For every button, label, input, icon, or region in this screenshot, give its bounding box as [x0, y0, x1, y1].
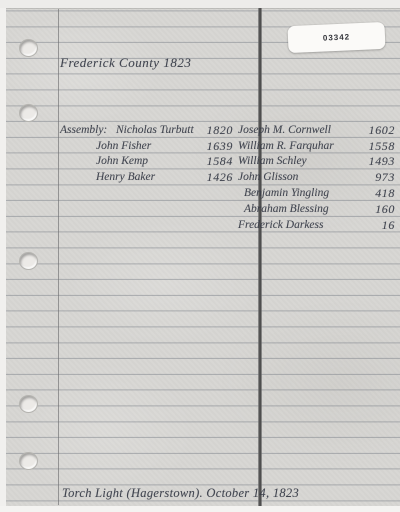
ledger-row: Assembly: Nicholas Turbutt 1820 Joseph M… [58, 123, 400, 139]
scanner-edge-bottom [0, 506, 400, 512]
candidate-name: John Fisher [96, 139, 151, 154]
catalog-sticker: 03342 [287, 22, 385, 53]
punch-hole [19, 452, 38, 470]
ledger-row: Benjamin Yingling 418 [58, 186, 400, 202]
candidate-name: John Kemp [96, 154, 148, 169]
scanner-edge-left [0, 0, 6, 512]
source-citation: Torch Light (Hagerstown). October 14, 18… [62, 486, 299, 501]
vote-total: 160 [345, 202, 395, 217]
candidate-name: William Schley [238, 154, 307, 169]
vote-total: 1602 [345, 123, 395, 138]
ledger-row: John Kemp 1584 William Schley 1493 [58, 154, 400, 170]
notebook-paper [6, 8, 400, 506]
candidate-name: William R. Farquhar [238, 139, 334, 154]
scanned-document-page: 03342 Frederick County 1823 Assembly: Ni… [0, 0, 400, 512]
punch-hole [19, 395, 38, 413]
ledger-row: John Fisher 1639 William R. Farquhar 155… [58, 139, 400, 155]
candidate-name: Joseph M. Cornwell [238, 123, 331, 138]
vote-total: 1639 [176, 139, 233, 154]
catalog-number: 03342 [323, 32, 351, 42]
punch-hole [19, 252, 38, 270]
punch-hole [19, 104, 38, 122]
vote-total: 418 [345, 186, 395, 201]
page-title: Frederick County 1823 [60, 55, 191, 71]
vote-total: 973 [345, 170, 395, 185]
candidate-name: Henry Baker [96, 170, 155, 185]
vote-total: 1558 [345, 139, 395, 154]
candidate-name: John Glisson [238, 170, 298, 185]
candidate-name: Benjamin Yingling [244, 186, 329, 201]
vote-total: 1493 [345, 154, 395, 169]
candidate-name: Abraham Blessing [244, 202, 329, 217]
ledger-row: Abraham Blessing 160 [58, 202, 400, 218]
vote-total: 16 [345, 218, 395, 233]
vote-total: 1426 [176, 170, 233, 185]
punch-hole [19, 39, 38, 57]
scanner-edge-top [0, 0, 400, 8]
vote-total: 1820 [176, 123, 233, 138]
vote-total: 1584 [176, 154, 233, 169]
office-label: Assembly: [60, 123, 107, 138]
ledger-row: Henry Baker 1426 John Glisson 973 [58, 170, 400, 186]
candidate-name: Frederick Darkess [238, 218, 323, 233]
ledger-row: Frederick Darkess 16 [58, 218, 400, 234]
